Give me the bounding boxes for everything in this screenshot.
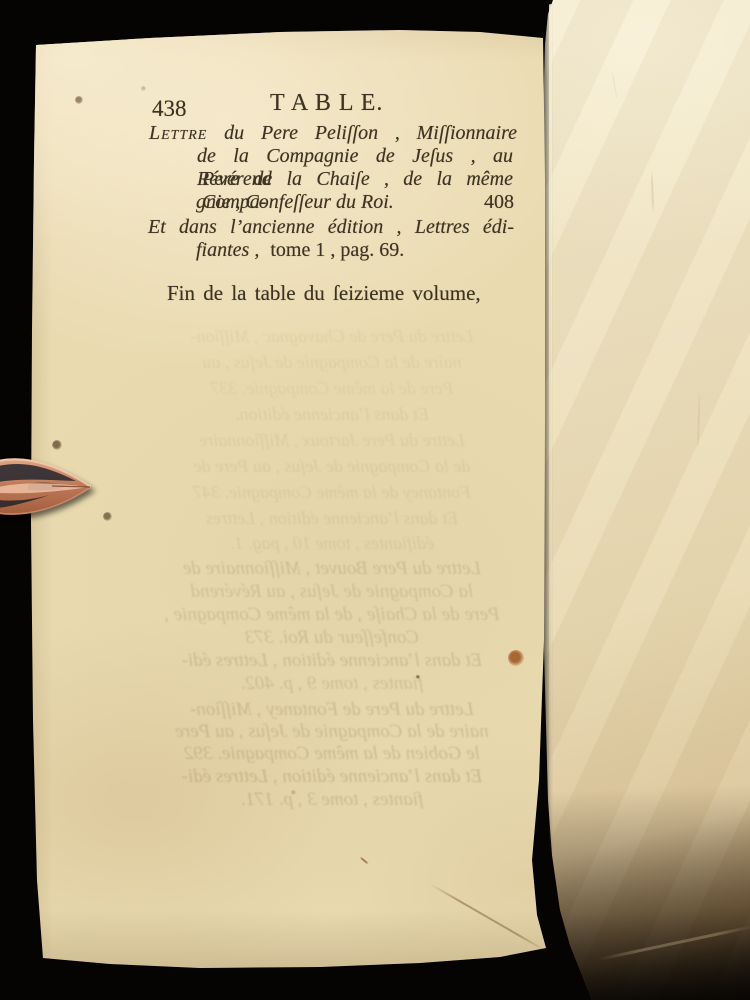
entry-line-6-italic: fiantes , <box>196 239 259 261</box>
bleed-line: fiantes , tome 3 , p. 171. <box>241 789 424 811</box>
page-title: T A B L E. <box>270 90 383 117</box>
entry-line-1-rest: du Pere Peliſſon , Miſſionnaire <box>224 122 517 144</box>
bleed-line: Pere de la Chaiſe , de la même Compagnie… <box>164 604 499 626</box>
bleed-line: Lettre du Pere de Chavagnac , Miſſion- <box>190 326 473 347</box>
copper-clip <box>0 454 98 522</box>
bleed-line: fiantes , tome 9 , p. 402. <box>241 673 424 695</box>
bleed-line: la Compagnie de Jeſus , au Révérend <box>191 581 474 603</box>
table-entry-line-6: fiantes , tome 1 , pag. 69. <box>196 239 404 262</box>
bleed-line: Lettre du Pere de Fontaney , Miſſion- <box>190 699 474 721</box>
bleed-line: Et dans l’ancienne édition. <box>235 404 429 425</box>
bleed-line: de la Compagnie de Jeſus , au Pere de <box>194 456 471 477</box>
entry-lead-word: Lettre <box>149 122 207 144</box>
bleed-line: Confeſſeur du Roi. 373 <box>245 627 419 649</box>
bleed-line: le Gobien de la même Compagnie. 392 <box>184 743 480 765</box>
table-colophon: Fin de la table du ſeizieme volume, <box>167 281 481 306</box>
bleed-line: Lettre du Pere Jartoux , Miſſionnaire <box>199 430 465 451</box>
bleed-line: Et dans l’ancienne édition , Lettres édi… <box>182 650 483 672</box>
page-edge-highlight <box>549 4 552 854</box>
entry-page-number: 408 <box>484 191 514 214</box>
bleed-line: Fontaney de la même Compagnie. 347 <box>193 482 471 503</box>
bleed-line: Et dans l’ancienne édition , Lettres <box>206 508 458 529</box>
bleed-line: Pere de la même Compagnie. 337 <box>210 378 453 399</box>
bleed-line: édifiantes , tome 10 , pag. 1. <box>230 533 434 554</box>
page-number: 438 <box>152 96 187 122</box>
table-entry-line-5: Et dans l’ancienne édition , Lettres édi… <box>148 216 514 239</box>
bleed-line: Et dans l’ancienne édition , Lettres édi… <box>182 766 483 788</box>
table-entry-line-1: Lettre du Pere Peliſſon , Miſſionnaire <box>149 122 517 145</box>
bleed-line: Lettre du Pere Bouvet , Miſſionnaire de <box>183 558 481 580</box>
bleed-line: naire de la Compagnie de Jeſus , au <box>202 352 461 373</box>
book-photo: Lettre du Pere de Chavagnac , Miſſion-na… <box>0 0 750 1000</box>
table-entry-line-4: gnie , Confeſſeur du Roi. 408 <box>196 191 514 214</box>
entry-line-6-roman: tome 1 , pag. 69. <box>270 239 404 261</box>
bleed-line: naire de la Compagnie de Jeſus , au Pere <box>175 721 489 743</box>
entry-line-4-text: gnie , Confeſſeur du Roi. <box>196 191 394 214</box>
